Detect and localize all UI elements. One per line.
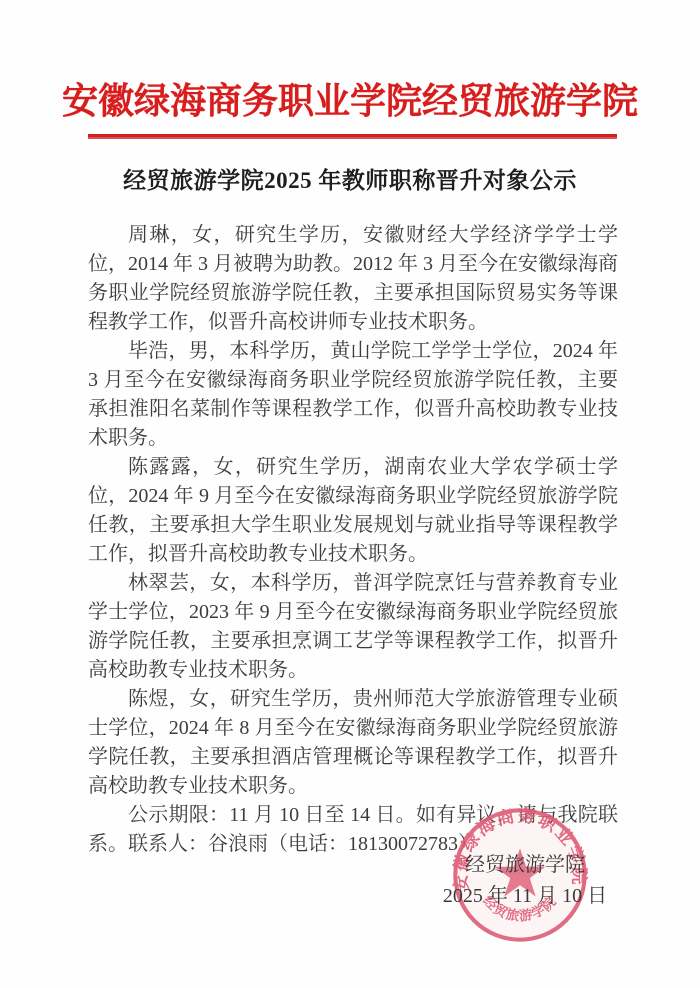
document-title: 经贸旅游学院2025 年教师职称晋升对象公示 [0,166,700,196]
signature-department: 经贸旅游学院 [375,850,675,881]
promotion-paragraph-lincuiyun: 林翠芸，女，本科学历，普洱学院烹饪与营养教育专业学士学位，2023 年 9 月至… [88,569,618,685]
letterhead-divider [88,134,617,139]
signature-date: 2025 年 11 月 10 日 [375,881,675,912]
document-page: 安徽绿海商务职业学院经贸旅游学院 经贸旅游学院2025 年教师职称晋升对象公示 … [0,0,700,988]
document-body: 周琳，女，研究生学历，安徽财经大学经济学学士学位，2014 年 3 月被聘为助教… [88,221,618,859]
promotion-paragraph-bihao: 毕浩，男，本科学历，黄山学院工学学士学位，2024 年 3 月至今在安徽绿海商务… [88,337,618,453]
letterhead-title: 安徽绿海商务职业学院经贸旅游学院 [0,0,700,124]
signature-block: 经贸旅游学院 2025 年 11 月 10 日 [375,850,675,912]
promotion-paragraph-chenyu: 陈煜，女，研究生学历，贵州师范大学旅游管理专业硕士学位，2024 年 8 月至今… [88,685,618,801]
promotion-paragraph-chenlulu: 陈露露，女，研究生学历，湖南农业大学农学硕士学位，2024 年 9 月至今在安徽… [88,453,618,569]
promotion-paragraph-zhoulin: 周琳，女，研究生学历，安徽财经大学经济学学士学位，2014 年 3 月被聘为助教… [88,221,618,337]
